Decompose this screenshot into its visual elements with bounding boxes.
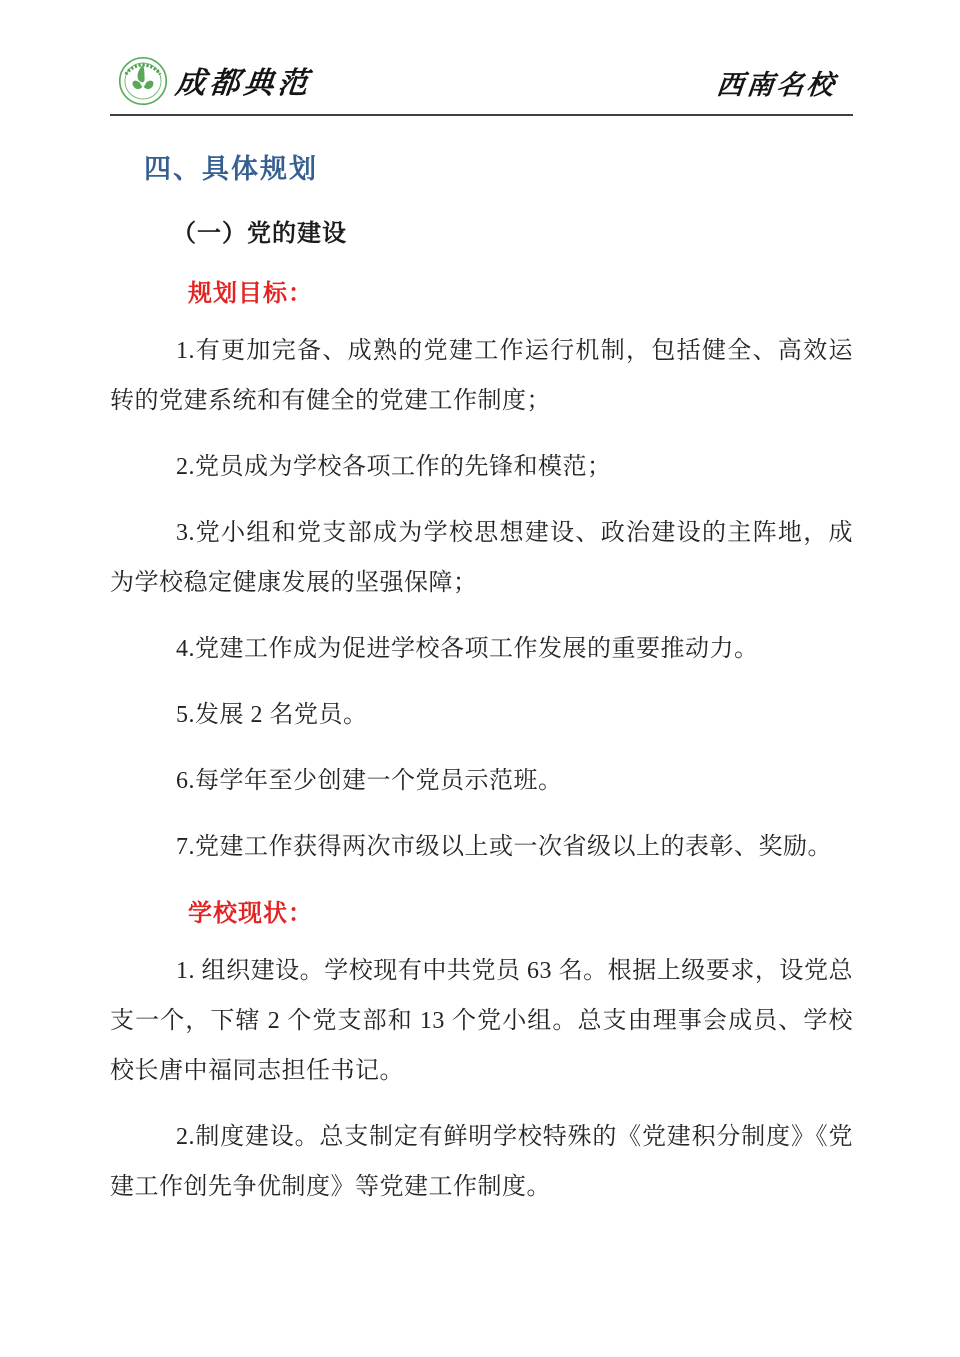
section-title: 四、具体规划 bbox=[110, 152, 853, 186]
goal-paragraph-2: 2.党员成为学校各项工作的先锋和模范； bbox=[110, 442, 853, 492]
goal-paragraph-3: 3.党小组和党支部成为学校思想建设、政治建设的主阵地，成为学校稳定健康发展的坚强… bbox=[110, 508, 853, 608]
status-paragraph-2: 2.制度建设。总支制定有鲜明学校特殊的《党建积分制度》《党建工作创先争优制度》等… bbox=[110, 1112, 853, 1212]
brand-calligraphy-left: 成都典范 bbox=[174, 58, 315, 102]
page-content: 成都典范 西南名校 四、具体规划 （一）党的建设 规划目标： 1.有更加完备、成… bbox=[0, 0, 960, 1212]
letterhead-row: 成都典范 西南名校 bbox=[110, 56, 853, 114]
goal-paragraph-1: 1.有更加完备、成熟的党建工作运行机制，包括健全、高效运转的党建系统和有健全的党… bbox=[110, 326, 853, 426]
goal-paragraph-6: 6.每学年至少创建一个党员示范班。 bbox=[110, 756, 853, 806]
goal-paragraph-4: 4.党建工作成为促进学校各项工作发展的重要推动力。 bbox=[110, 624, 853, 674]
goal-paragraph-7: 7.党建工作获得两次市级以上或一次省级以上的表彰、奖励。 bbox=[110, 822, 853, 872]
subsection-title: （一）党的建设 bbox=[110, 218, 853, 250]
document-page: 成都典范 西南名校 四、具体规划 （一）党的建设 规划目标： 1.有更加完备、成… bbox=[0, 0, 960, 1357]
brand-calligraphy-right: 西南名校 bbox=[715, 63, 839, 102]
brand-left-group: 成都典范 bbox=[118, 56, 312, 106]
school-emblem-icon bbox=[118, 56, 168, 106]
goals-heading: 规划目标： bbox=[110, 278, 853, 310]
letterhead: 成都典范 西南名校 bbox=[110, 0, 853, 116]
status-heading: 学校现状： bbox=[110, 898, 853, 930]
goal-paragraph-5: 5.发展 2 名党员。 bbox=[110, 690, 853, 740]
status-paragraph-1: 1. 组织建设。学校现有中共党员 63 名。根据上级要求，设党总支一个，下辖 2… bbox=[110, 946, 853, 1096]
